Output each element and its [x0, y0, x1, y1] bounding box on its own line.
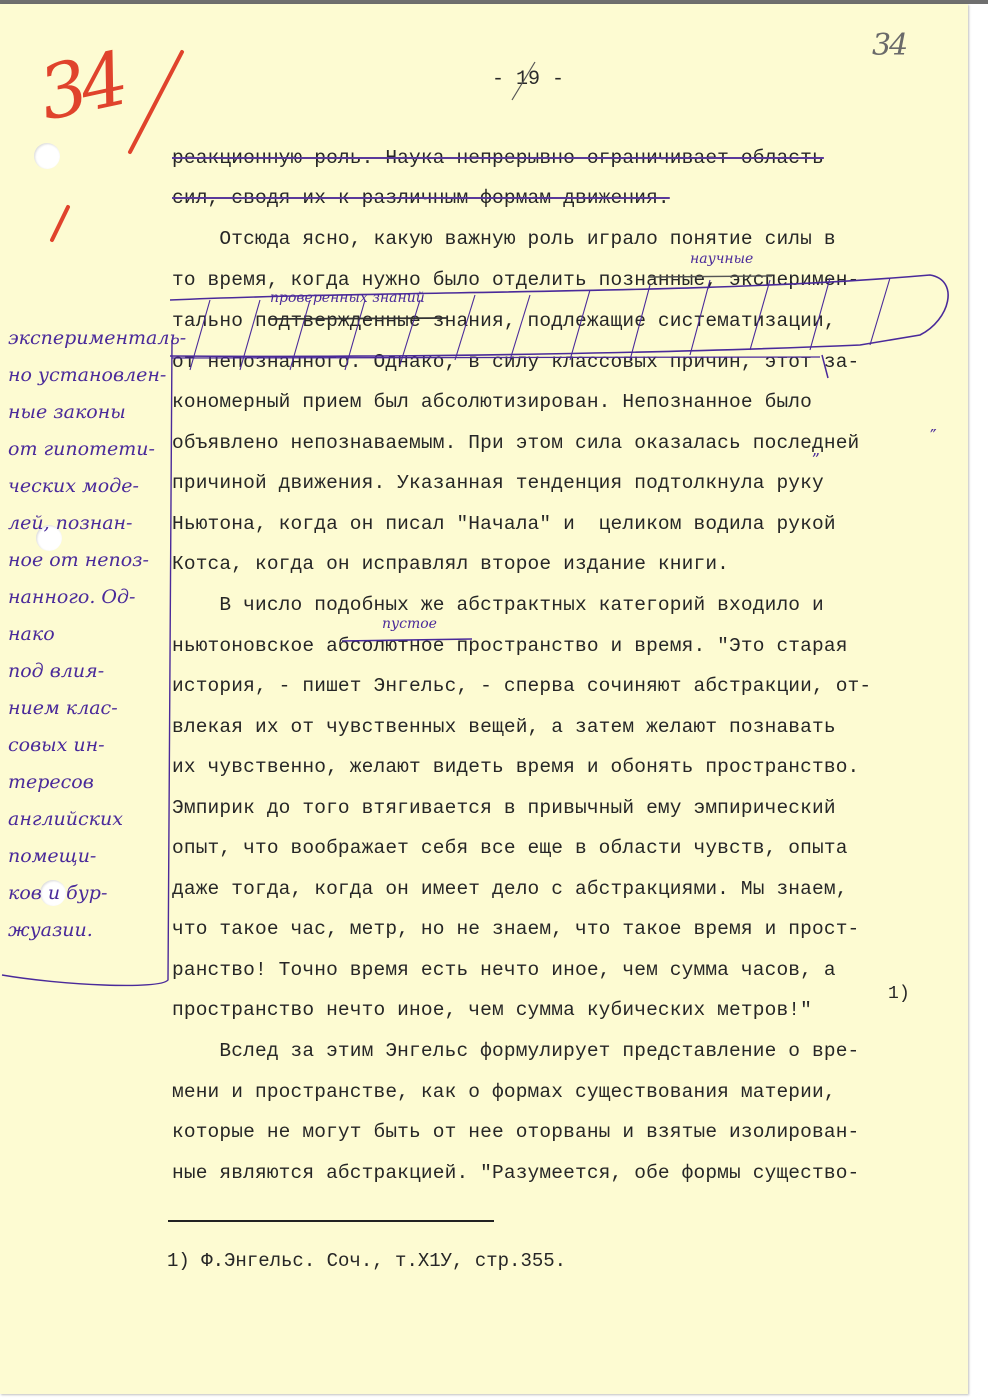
editorial-markings: „ ″ — [0, 0, 988, 1400]
red-crayon-stroke — [130, 52, 182, 152]
correction-lasso — [170, 275, 948, 356]
page-number-slash — [512, 62, 535, 100]
insertion-caret — [822, 355, 828, 378]
strike-poznannye — [648, 276, 772, 277]
strike-absolyutnoe — [342, 639, 472, 641]
red-crayon-dash — [52, 207, 68, 240]
inserted-quote-open: „ — [812, 440, 820, 459]
inserted-quote-close: ″ — [930, 426, 937, 447]
margin-note-bracket — [2, 340, 172, 985]
strike-podtverzhdennye — [270, 318, 448, 319]
